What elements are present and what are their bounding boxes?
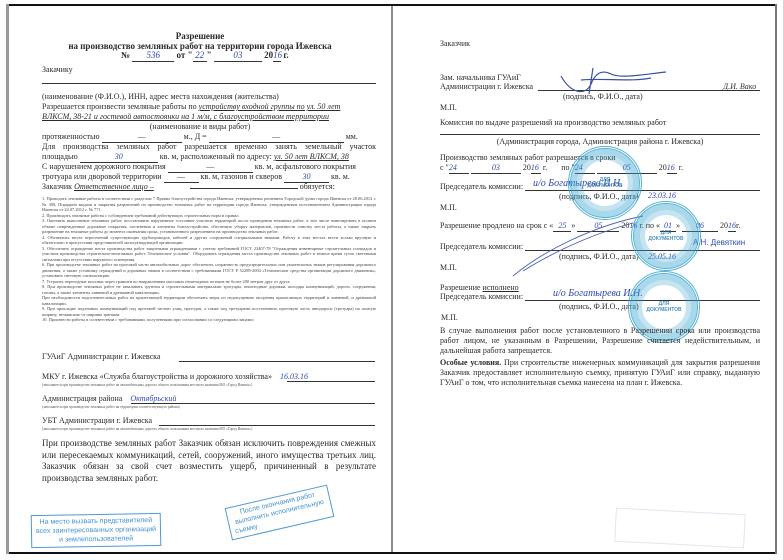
term-to-year: 16 xyxy=(667,163,677,174)
seal-label-4: М.П. xyxy=(441,313,458,323)
permit-front-page: Разрешение на производство земляных рабо… xyxy=(9,6,391,552)
page-frame-bottom xyxy=(6,552,777,554)
rule-item: 8. При производстве земляных работ не за… xyxy=(42,284,376,295)
works-line-2: ВЛКСМ, 38-21 и гостевой автостоянки на 1… xyxy=(42,112,329,122)
works-hint: (наименование и виды работ) xyxy=(9,122,391,132)
approval-mku: МКУ г. Ижевска «Служба благоустройства и… xyxy=(42,372,308,382)
commission-label: Комиссия по выдаче разрешений на произво… xyxy=(440,118,666,128)
terms-dates: с "24 03 2016 г. по "24 05 2016 г. xyxy=(440,163,683,174)
approval-mku-hint: (заполняется при производстве земляных р… xyxy=(42,383,252,388)
deputy-label-2: Администрации г. Ижевска xyxy=(440,82,533,92)
round-seal-1: ДЛЯ ДОКУМЕНТОВ xyxy=(568,146,642,220)
approval-ubt-hint: (заполняется при производстве земляных р… xyxy=(42,427,252,432)
faded-stamp xyxy=(614,508,746,549)
invalid-notice: В случае выполнения работ после установл… xyxy=(440,326,760,356)
stamp-executive-survey: После окончания работ выполнить исполнит… xyxy=(225,485,335,541)
special-conditions: Особые условия. При строительстве инжене… xyxy=(440,358,760,388)
permit-month: 03 xyxy=(214,50,262,62)
approval-mku-date: 16.03.16 xyxy=(280,372,308,381)
permit-number-line: № 536 от "22" 03 2016 г. xyxy=(121,50,289,62)
extension-signature xyxy=(503,211,653,281)
term-from-year: 16 xyxy=(531,163,541,174)
rule-item: 6. При производстве земляных работ на пр… xyxy=(42,262,376,279)
seal-label-1: М.П. xyxy=(440,103,457,113)
chair-sign-hint-3: (подпись, Ф.И.О., дата) xyxy=(559,302,639,312)
term-from-day: 24 xyxy=(449,163,469,174)
deputy-name: Д.И. Вако xyxy=(723,82,756,92)
round-seal-2: ДЛЯ ДОКУМЕНТОВ xyxy=(631,201,701,271)
works-value-2: ВЛКСМ, 38-21 и гостевой автостоянки на 1… xyxy=(42,112,329,121)
ext-to-year: 16 xyxy=(728,221,736,232)
permit-back-page: Заказчик Зам. начальника ГУАиГ Администр… xyxy=(393,6,775,552)
seal-label-2: М.П. xyxy=(440,203,457,213)
approval-ubt: УБТ Администрации г. Ижевска xyxy=(42,416,152,426)
deputy-sign-hint: (подпись, Ф.И.О., дата) xyxy=(563,92,643,102)
special-conditions-title: Особые условия. xyxy=(440,358,501,367)
chair-label-3: Председатель комиссии: xyxy=(440,292,523,302)
chair-label-1: Председатель комиссии: xyxy=(440,182,523,192)
approval-district-value: Октябрьский xyxy=(130,394,176,403)
permit-year: 16 xyxy=(273,50,281,62)
customer-field-line xyxy=(42,83,376,84)
completed-value: исполнено xyxy=(483,283,519,292)
seal-label-3: М.П. xyxy=(440,263,457,273)
rule-item: 1. Проводить земляные работы в соответст… xyxy=(42,196,376,213)
rule-item: 4. Обозначить места пересечений существу… xyxy=(42,235,376,246)
area-intro: Для производства земляных работ разрешае… xyxy=(42,142,376,152)
works-value-1: устройству входной группы по ул. 50 лет xyxy=(199,102,341,111)
page-frame-right xyxy=(775,4,777,554)
customer-obligation-line: Заказчик Ответственное лицо – обязуется: xyxy=(42,182,335,192)
customer-obligation-value: Ответственное лицо – xyxy=(74,182,154,191)
rules-list: 1. Проводить земляные работы в соответст… xyxy=(42,196,376,323)
permit-number: 536 xyxy=(132,50,174,62)
works-line-1: Разрешается произвести земляные работы п… xyxy=(42,102,340,112)
customer-label-right: Заказчик xyxy=(440,39,470,49)
rule-item: 10. Произвести работы в соответствии с т… xyxy=(42,317,376,323)
term-from-month: 03 xyxy=(471,163,521,174)
rule-item: 3. Окончить выполнение земляных работ, в… xyxy=(42,218,376,235)
customer-label: Закачику xyxy=(42,65,73,75)
rule-item: При необходимости подготовительных работ… xyxy=(42,295,376,306)
permit-day: 22 xyxy=(193,50,207,62)
address-value: ул. 50 лет ВЛКСМ, 38 xyxy=(274,152,349,161)
rule-item: 5. Обеспечить ограждение места производс… xyxy=(42,246,376,263)
liability-text: При производстве земляных работ Заказчик… xyxy=(42,438,376,484)
rule-item: 9. При прокладке подземных коммуникаций … xyxy=(42,306,376,317)
chair-date-1: 23.03.16 xyxy=(648,191,676,201)
stamp-call-representatives: На место вызвать представителей всех заи… xyxy=(31,513,162,548)
approval-guaig: ГУАиГ Администрации г. Ижевска xyxy=(42,352,160,362)
customer-hint: (наименование (Ф.И.О.), ИНН, адрес места… xyxy=(42,92,279,102)
approval-district-hint: (заполняется при производстве земляных р… xyxy=(42,405,180,410)
